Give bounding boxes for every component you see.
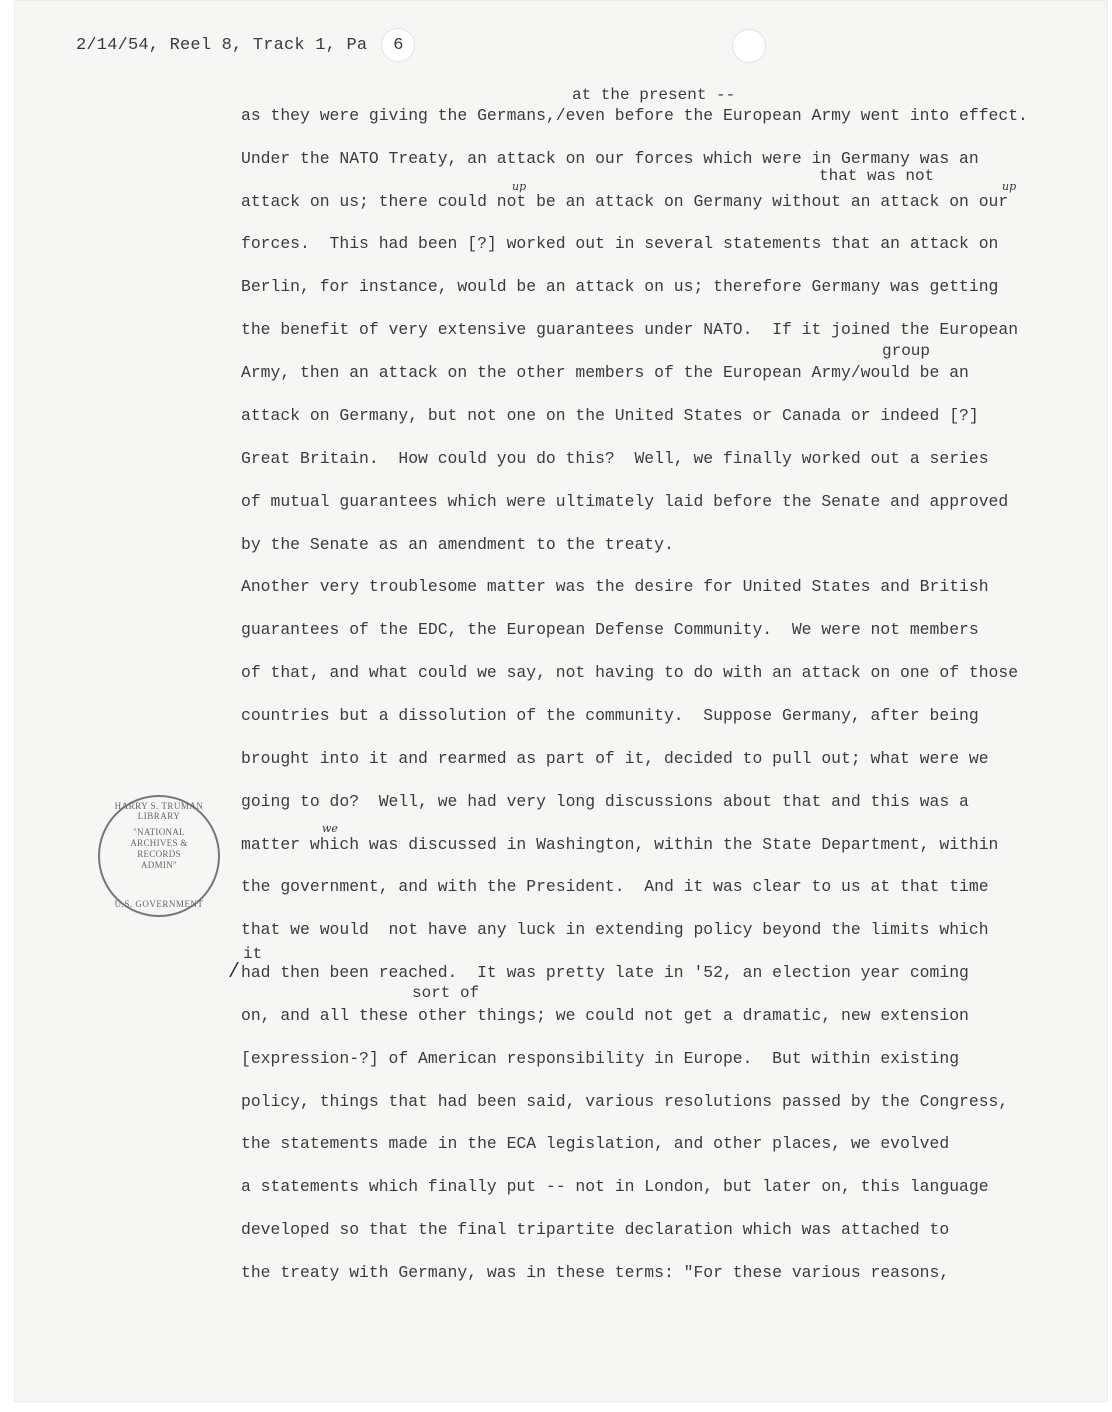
stamp-ring-top: HARRY S. TRUMAN LIBRARY xyxy=(100,801,218,821)
stamp-ring-bottom: U.S. GOVERNMENT xyxy=(100,899,218,909)
archive-stamp: HARRY S. TRUMAN LIBRARY "NATIONAL ARCHIV… xyxy=(98,795,220,917)
text-line: [expression-?] of American responsibilit… xyxy=(241,1049,959,1068)
text-line: had then been reached. It was pretty lat… xyxy=(241,963,969,982)
text-line: developed so that the final tripartite d… xyxy=(241,1220,949,1239)
stamp-inner-text: "NATIONAL ARCHIVES & RECORDS ADMIN" xyxy=(114,827,204,871)
text-line: policy, things that had been said, vario… xyxy=(241,1092,1008,1111)
punch-hole-right xyxy=(732,29,766,63)
text-line: Berlin, for instance, would be an attack… xyxy=(241,277,998,296)
text-line: countries but a dissolution of the commu… xyxy=(241,706,979,725)
text-line: guarantees of the EDC, the European Defe… xyxy=(241,620,979,639)
margin-insert-mark: / xyxy=(228,961,240,984)
text-line: of that, and what could we say, not havi… xyxy=(241,663,1018,682)
text-line: brought into it and rearmed as part of i… xyxy=(241,749,989,768)
text-line: matter which was discussed in Washington… xyxy=(241,835,998,854)
page-number: 6 xyxy=(393,36,403,55)
handwritten-we: we xyxy=(322,822,338,835)
text-line: of mutual guarantees which were ultimate… xyxy=(241,492,1008,511)
text-line: as they were giving the Germans,/even be… xyxy=(241,106,1028,125)
text-line: Great Britain. How could you do this? We… xyxy=(241,449,989,468)
text-line: on, and all these other things; we could… xyxy=(241,1006,969,1025)
text-line: forces. This had been [?] worked out in … xyxy=(241,234,998,253)
page-header: 2/14/54, Reel 8, Track 1, Pa6 xyxy=(76,36,404,55)
text-line: that we would not have any luck in exten… xyxy=(241,920,989,939)
text-line: the benefit of very extensive guarantees… xyxy=(241,320,1018,339)
stamp-line: ARCHIVES & xyxy=(114,838,204,849)
text-line: by the Senate as an amendment to the tre… xyxy=(241,535,674,554)
insertion-that-was-not: that was not xyxy=(819,167,934,185)
text-line: the treaty with Germany, was in these te… xyxy=(241,1263,949,1282)
header-label: 2/14/54, Reel 8, Track 1, Pa xyxy=(76,36,367,55)
text-line: attack on Germany, but not one on the Un… xyxy=(241,406,979,425)
stamp-line: RECORDS xyxy=(114,849,204,860)
text-line: going to do? Well, we had very long disc… xyxy=(241,792,969,811)
text-line: Army, then an attack on the other member… xyxy=(241,363,969,382)
insertion-at-the-present: at the present -- xyxy=(572,86,735,104)
text-line: Under the NATO Treaty, an attack on our … xyxy=(241,149,979,168)
text-line: a statements which finally put -- not in… xyxy=(241,1177,989,1196)
insertion-sort-of: sort of xyxy=(412,984,479,1002)
text-line: attack on us; there could not be an atta… xyxy=(241,192,1008,211)
insertion-group: group xyxy=(882,342,930,360)
text-line: Another very troublesome matter was the … xyxy=(241,577,989,596)
text-line: the government, and with the President. … xyxy=(241,877,989,896)
text-line: the statements made in the ECA legislati… xyxy=(241,1134,949,1153)
insertion-it: it xyxy=(243,945,262,963)
stamp-line: "NATIONAL xyxy=(114,827,204,838)
stamp-line: ADMIN" xyxy=(114,860,204,871)
